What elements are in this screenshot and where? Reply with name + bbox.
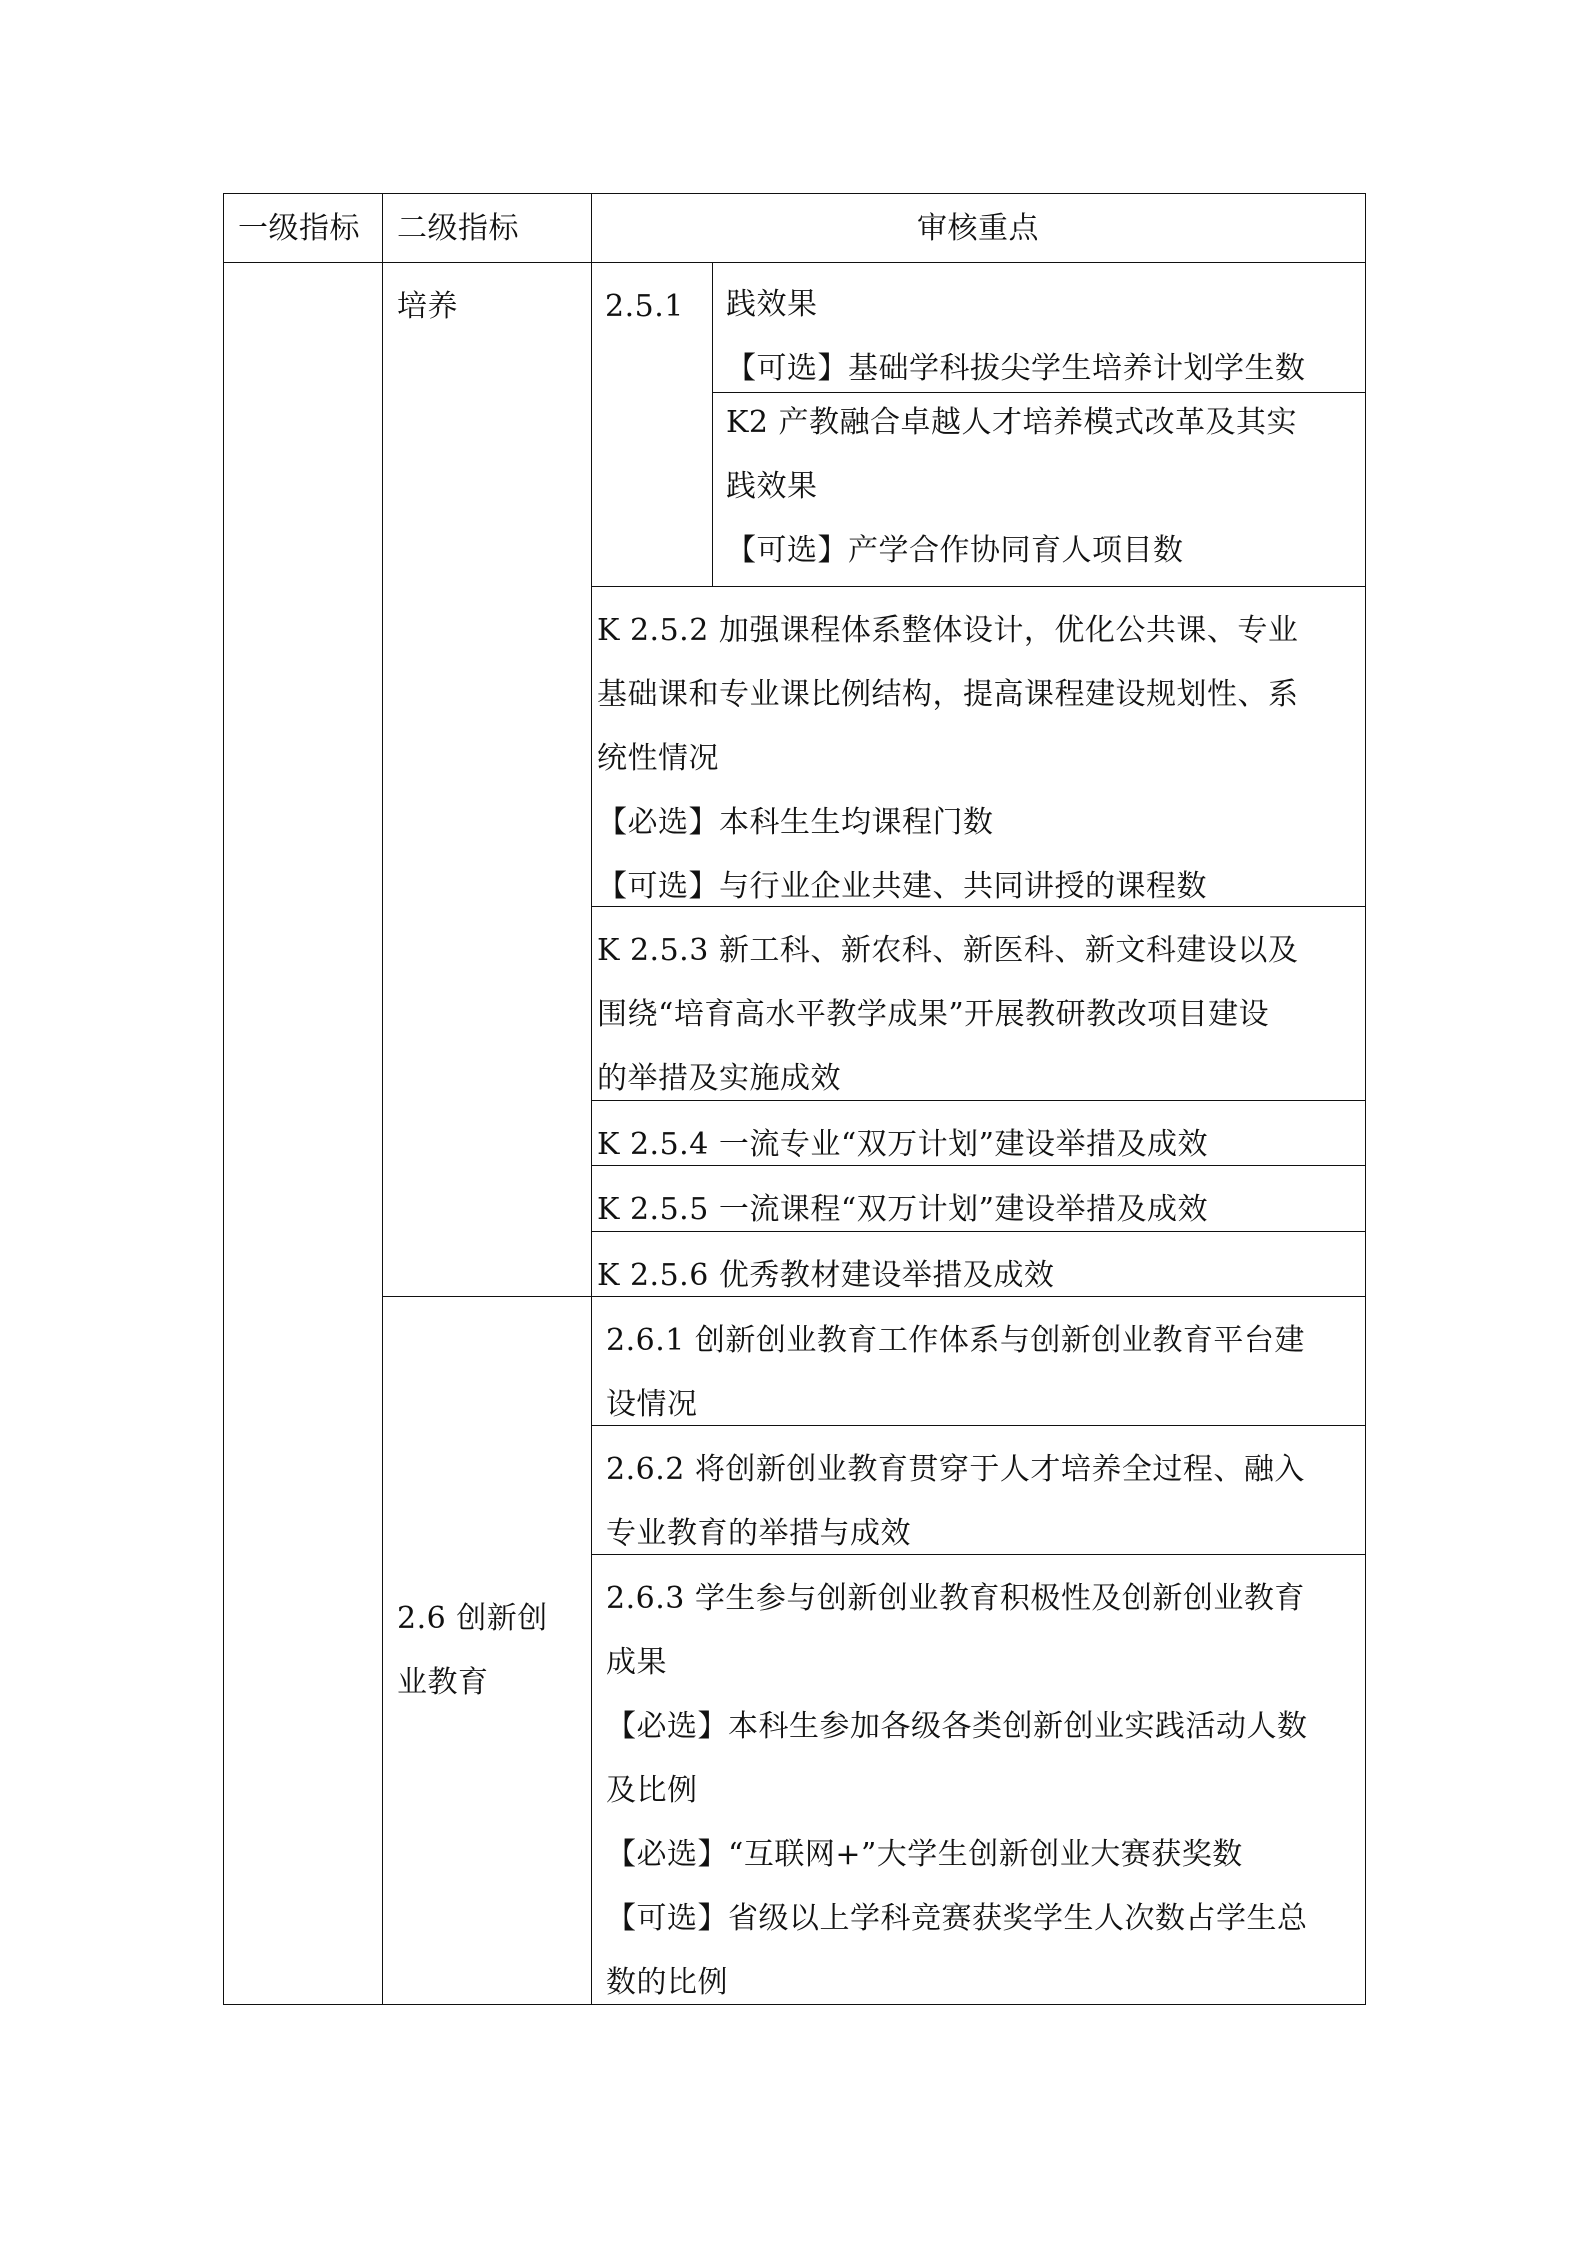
text-line: 2.6.2 将创新创业教育贯穿于人才培养全过程、融入 (606, 1438, 1305, 1502)
item-2-5-2: K 2.5.2 加强课程体系整体设计，优化公共课、专业 基础课和专业课比例结构，… (591, 586, 1366, 908)
item-2-5-5: K 2.5.5 一流课程“双万计划”建设举措及成效 (591, 1165, 1366, 1233)
text-line: 践效果 (726, 455, 1297, 519)
text-line: 【必选】“互联网+”大学生创新创业大赛获奖数 (606, 1823, 1308, 1887)
item-code-cell-2-5-1: 2.5.1 (591, 262, 714, 588)
text-line: 围绕“培育高水平教学成果”开展教研教改项目建设 (597, 983, 1298, 1047)
level2-cultivation-label: 培养 (397, 275, 458, 339)
text-line: 统性情况 (597, 727, 1299, 791)
level2-cell-cultivation: 培养 (382, 262, 593, 1298)
header-cell-level2: 二级指标 (382, 193, 593, 264)
item-2-6-2: 2.6.2 将创新创业教育贯穿于人才培养全过程、融入 专业教育的举措与成效 (591, 1425, 1366, 1556)
text-line: K 2.5.2 加强课程体系整体设计，优化公共课、专业 (597, 599, 1299, 663)
item-2-6-2-text: 2.6.2 将创新创业教育贯穿于人才培养全过程、融入 专业教育的举措与成效 (606, 1438, 1305, 1566)
text-line: 业教育 (397, 1651, 548, 1715)
item-2-6-3: 2.6.3 学生参与创新创业教育积极性及创新创业教育 成果 【必选】本科生参加各… (591, 1554, 1366, 2005)
text-line: 2.6.1 创新创业教育工作体系与创新创业教育平台建 (606, 1309, 1305, 1373)
text-line: 及比例 (606, 1759, 1308, 1823)
text-line: 【可选】产学合作协同育人项目数 (726, 519, 1297, 583)
item-2-5-3-text: K 2.5.3 新工科、新农科、新医科、新文科建设以及 围绕“培育高水平教学成果… (597, 919, 1298, 1111)
text-line: 2.6.3 学生参与创新创业教育积极性及创新创业教育 (606, 1567, 1308, 1631)
level2-innovation-label: 2.6 创新创 业教育 (397, 1587, 548, 1715)
header-level2-label: 二级指标 (397, 197, 519, 261)
level2-cell-innovation-entrepreneurship: 2.6 创新创 业教育 (382, 1296, 593, 2005)
text-line: 成果 (606, 1631, 1308, 1695)
text-line: 基础课和专业课比例结构，提高课程建设规划性、系 (597, 663, 1299, 727)
item-2-5-1-sub-b-text: K2 产教融合卓越人才培养模式改革及其实 践效果 【可选】产学合作协同育人项目数 (726, 391, 1297, 583)
item-2-5-1-sub-a-text: 践效果 【可选】基础学科拔尖学生培养计划学生数 (726, 273, 1306, 401)
header-cell-level1: 一级指标 (223, 193, 384, 264)
text-line: K2 产教融合卓越人才培养模式改革及其实 (726, 391, 1297, 455)
text-line: 数的比例 (606, 1951, 1308, 2015)
text-line: 2.6 创新创 (397, 1587, 548, 1651)
header-cell-review-focus: 审核重点 (591, 193, 1366, 264)
item-2-5-4: K 2.5.4 一流专业“双万计划”建设举措及成效 (591, 1100, 1366, 1167)
item-code-2-5-1: 2.5.1 (605, 275, 684, 339)
text-line: 【可选】省级以上学科竞赛获奖学生人次数占学生总 (606, 1887, 1308, 1951)
item-2-6-3-text: 2.6.3 学生参与创新创业教育积极性及创新创业教育 成果 【必选】本科生参加各… (606, 1567, 1308, 2015)
text-line: 践效果 (726, 273, 1306, 337)
item-2-5-2-text: K 2.5.2 加强课程体系整体设计，优化公共课、专业 基础课和专业课比例结构，… (597, 599, 1299, 919)
item-2-5-3: K 2.5.3 新工科、新农科、新医科、新文科建设以及 围绕“培育高水平教学成果… (591, 906, 1366, 1102)
item-2-5-1-sub-b: K2 产教融合卓越人才培养模式改革及其实 践效果 【可选】产学合作协同育人项目数 (712, 392, 1366, 588)
text-line: 【必选】本科生参加各级各类创新创业实践活动人数 (606, 1695, 1308, 1759)
text-line: 【必选】本科生生均课程门数 (597, 791, 1299, 855)
text-line: K 2.5.3 新工科、新农科、新医科、新文科建设以及 (597, 919, 1298, 983)
item-2-6-1: 2.6.1 创新创业教育工作体系与创新创业教育平台建 设情况 (591, 1296, 1366, 1427)
item-2-5-1-sub-a: 践效果 【可选】基础学科拔尖学生培养计划学生数 (712, 262, 1366, 394)
level1-cell (223, 262, 384, 2005)
item-2-5-6: K 2.5.6 优秀教材建设举措及成效 (591, 1231, 1366, 1298)
item-2-6-1-text: 2.6.1 创新创业教育工作体系与创新创业教育平台建 设情况 (606, 1309, 1305, 1437)
header-level1-label: 一级指标 (238, 197, 360, 261)
header-review-focus-label: 审核重点 (917, 197, 1039, 261)
